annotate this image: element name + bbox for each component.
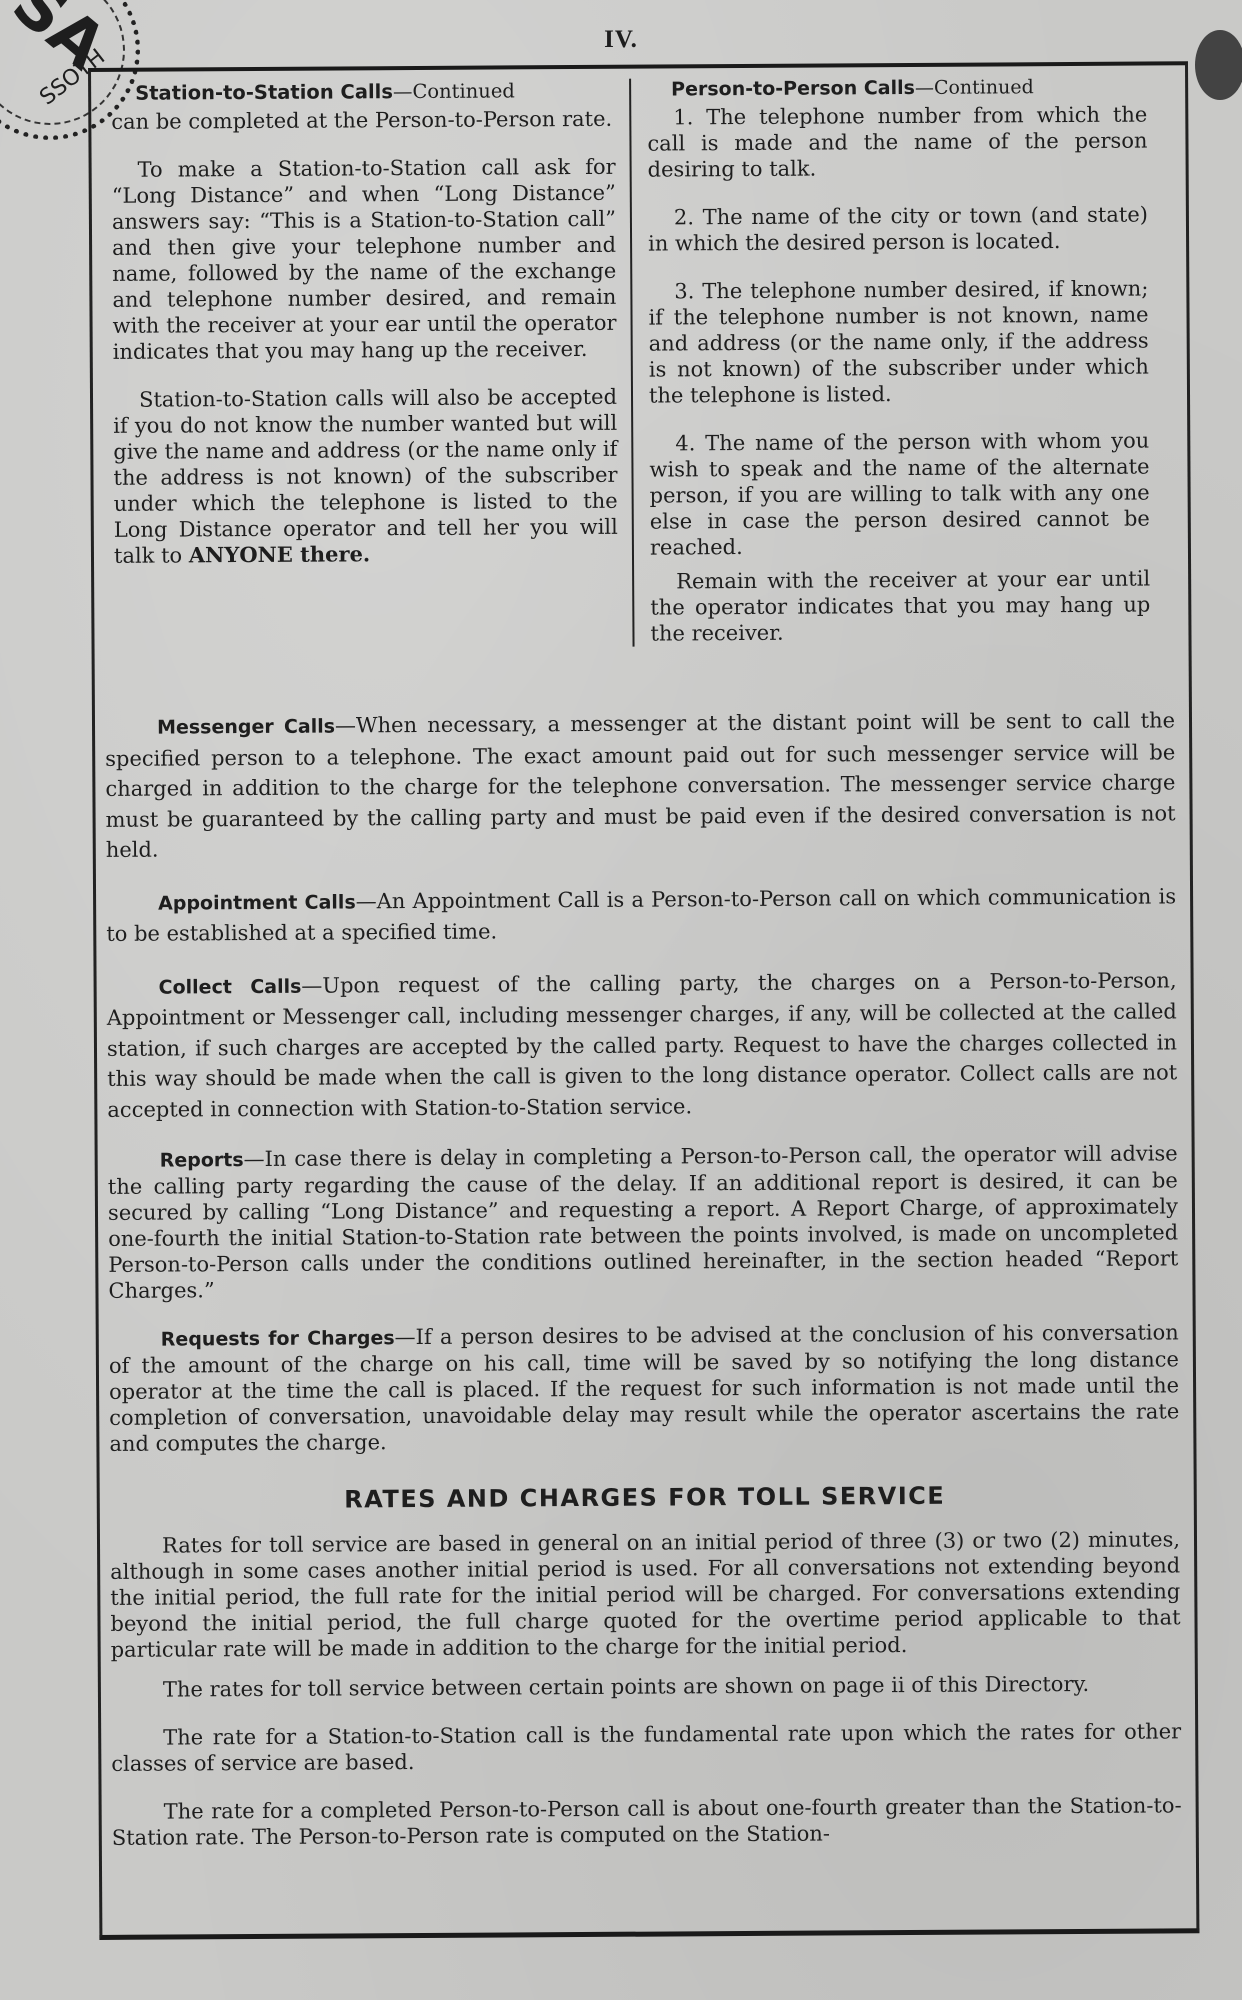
rates-paragraph: The rate for a Station-to-Station call i… [111,1718,1181,1777]
left-column-heading: Station-to-Station Calls—Continued [135,79,615,105]
section-messenger-calls: Messenger Calls—When necessary, a messen… [105,705,1176,865]
closing-paragraph: Remain with the receiver at your ear unt… [650,566,1150,647]
heading-title: Person-to-Person Calls [671,77,915,100]
heading-continued: —Continued [393,79,515,103]
section-title: Requests for Charges [161,1327,395,1350]
section-reports: Reports—In case there is delay in comple… [108,1140,1179,1304]
paragraph: can be completed at the Person-to-Person… [111,106,615,135]
list-item: 4. The name of the person with whom you … [649,428,1150,561]
rates-heading: RATES AND CHARGES FOR TOLL SERVICE [110,1480,1180,1515]
emphasis-anyone: ANYONE [189,542,293,568]
rates-paragraph: Rates for toll service are based in gene… [110,1526,1181,1663]
paragraph: To make a Station-to-Station call ask fo… [112,154,617,365]
page-number: IV. [0,26,1242,54]
rates-paragraph: The rate for a completed Person-to-Perso… [112,1792,1182,1851]
right-column-heading: Person-to-Person Calls—Continued [671,76,1147,101]
right-column: Person-to-Person Calls—Continued 1. The … [631,76,1154,647]
left-column: Station-to-Station Calls—Continued can b… [111,79,634,650]
section-title: Collect Calls [159,975,302,998]
list-item: 2. The name of the city or town (and sta… [648,202,1148,257]
heading-title: Station-to-Station Calls [135,80,393,105]
list-item: 1. The telephone number from which the c… [647,102,1147,183]
emphasis-tail: there. [293,541,371,566]
section-requests-for-charges: Requests for Charges—If a person desires… [109,1319,1180,1457]
paragraph: Station-to-Station calls will also be ac… [113,384,618,569]
full-width-section: Messenger Calls—When necessary, a messen… [95,705,1182,1851]
section-title: Messenger Calls [157,716,335,739]
section-title: Reports [160,1149,244,1172]
heading-continued: —Continued [915,76,1034,99]
section-body: —In case there is delay in completing a … [108,1141,1179,1303]
two-column-section: Station-to-Station Calls—Continued can b… [111,75,1179,649]
rates-section: RATES AND CHARGES FOR TOLL SERVICE Rates… [110,1480,1182,1851]
list-item: 3. The telephone number desired, if know… [648,276,1149,409]
section-appointment-calls: Appointment Calls—An Appointment Call is… [106,881,1176,950]
section-collect-calls: Collect Calls—Upon request of the callin… [107,965,1178,1125]
content-frame: Station-to-Station Calls—Continued can b… [88,61,1199,1940]
rates-paragraph: The rates for toll service between certa… [111,1670,1181,1703]
section-title: Appointment Calls [158,891,356,914]
